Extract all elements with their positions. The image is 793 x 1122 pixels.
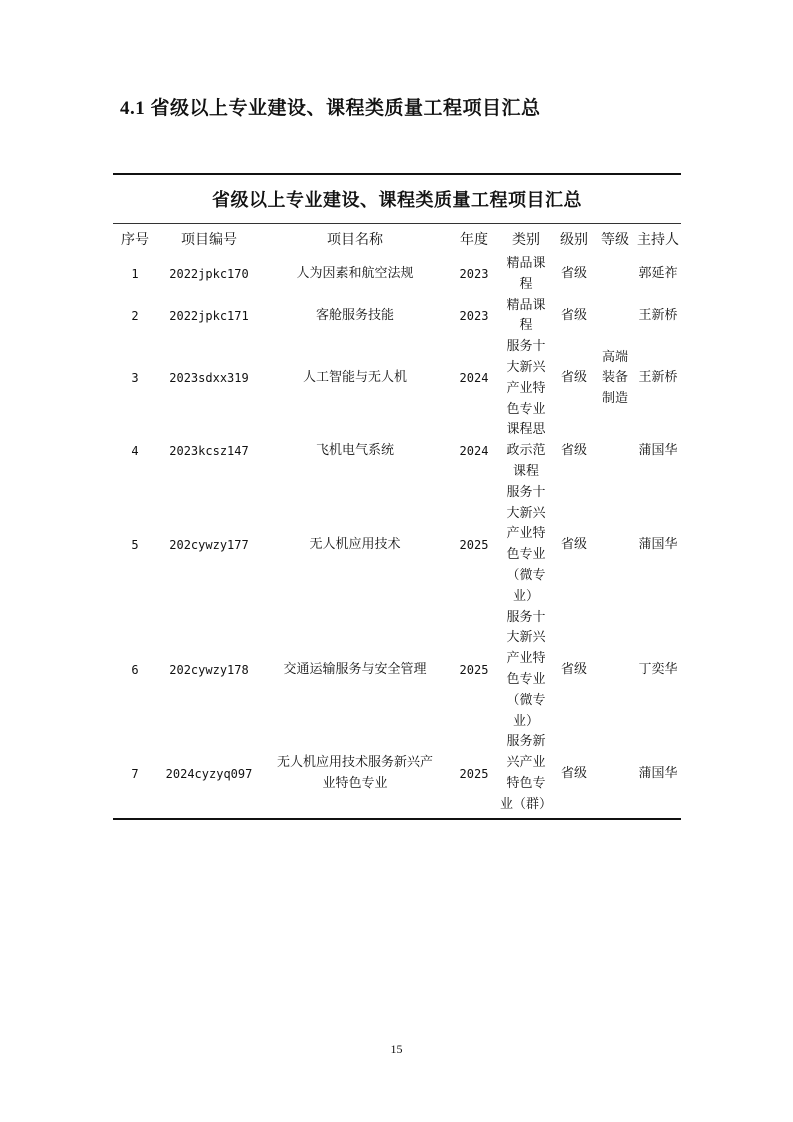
category-cell-line: 大新兴 bbox=[499, 358, 553, 379]
category-cell: 精品课程 bbox=[499, 254, 553, 296]
year-cell: 2024 bbox=[449, 420, 499, 482]
project-code-cell: 2022jpkc171 bbox=[157, 296, 261, 338]
category-cell-line: 程 bbox=[499, 275, 553, 296]
project-code-cell: 202cywzy177 bbox=[157, 483, 261, 608]
year-cell: 2024 bbox=[449, 337, 499, 420]
category-cell: 精品课程 bbox=[499, 296, 553, 338]
category-cell-line: 色专业 bbox=[499, 670, 553, 691]
level-cell: 省级 bbox=[553, 296, 595, 338]
column-header: 类别 bbox=[499, 224, 553, 254]
year-cell: 2025 bbox=[449, 732, 499, 815]
category-cell-line: 课程 bbox=[499, 462, 553, 483]
category-cell-line: 程 bbox=[499, 316, 553, 337]
category-cell-line: 服务新 bbox=[499, 732, 553, 753]
category-cell-line: 产业特 bbox=[499, 649, 553, 670]
category-cell-line: 色专业 bbox=[499, 400, 553, 421]
grade-cell bbox=[595, 483, 635, 608]
category-cell-line: 服务十 bbox=[499, 608, 553, 629]
project-code-cell: 2023kcsz147 bbox=[157, 420, 261, 482]
category-cell-line: 产业特 bbox=[499, 524, 553, 545]
table-row: 5202cywzy177无人机应用技术2025服务十大新兴产业特色专业（微专业）… bbox=[113, 483, 681, 608]
project-name-cell: 飞机电气系统 bbox=[261, 420, 449, 482]
category-cell: 服务十大新兴产业特色专业（微专业） bbox=[499, 608, 553, 733]
grade-cell bbox=[595, 608, 635, 733]
row-number-cell: 3 bbox=[113, 337, 157, 420]
category-cell-line: 精品课 bbox=[499, 296, 553, 317]
column-header: 主持人 bbox=[635, 224, 681, 254]
table-row: 22022jpkc171客舱服务技能2023精品课程省级王新桥 bbox=[113, 296, 681, 338]
project-name-cell-line: 人为因素和航空法规 bbox=[261, 264, 449, 285]
row-number-cell: 5 bbox=[113, 483, 157, 608]
column-header: 级别 bbox=[553, 224, 595, 254]
column-header: 等级 bbox=[595, 224, 635, 254]
year-cell: 2023 bbox=[449, 254, 499, 296]
project-name-cell-line: 交通运输服务与安全管理 bbox=[261, 660, 449, 681]
project-name-cell: 客舱服务技能 bbox=[261, 296, 449, 338]
year-cell: 2023 bbox=[449, 296, 499, 338]
column-header: 年度 bbox=[449, 224, 499, 254]
project-code-cell: 2024cyzyq097 bbox=[157, 732, 261, 815]
project-summary-table: 省级以上专业建设、课程类质量工程项目汇总 序号项目编号项目名称年度类别级别等级主… bbox=[113, 173, 681, 820]
row-number-cell: 2 bbox=[113, 296, 157, 338]
grade-cell bbox=[595, 296, 635, 338]
category-cell-line: 服务十 bbox=[499, 337, 553, 358]
category-cell-line: 业（群） bbox=[499, 795, 553, 816]
year-cell: 2025 bbox=[449, 608, 499, 733]
table-row: 72024cyzyq097无人机应用技术服务新兴产业特色专业2025服务新兴产业… bbox=[113, 732, 681, 815]
category-cell-line: 政示范 bbox=[499, 441, 553, 462]
level-cell: 省级 bbox=[553, 254, 595, 296]
table-bottom-rule bbox=[113, 818, 681, 820]
grade-cell-line: 制造 bbox=[595, 389, 635, 410]
grade-cell-line: 高端 bbox=[595, 348, 635, 369]
project-code-cell: 2022jpkc170 bbox=[157, 254, 261, 296]
grade-cell-line: 装备 bbox=[595, 368, 635, 389]
table-caption: 省级以上专业建设、课程类质量工程项目汇总 bbox=[113, 175, 681, 223]
project-code-cell: 202cywzy178 bbox=[157, 608, 261, 733]
header-row: 序号项目编号项目名称年度类别级别等级主持人 bbox=[113, 224, 681, 254]
project-name-cell: 无人机应用技术 bbox=[261, 483, 449, 608]
category-cell: 课程思政示范课程 bbox=[499, 420, 553, 482]
category-cell-line: （微专 bbox=[499, 691, 553, 712]
row-number-cell: 6 bbox=[113, 608, 157, 733]
category-cell-line: 精品课 bbox=[499, 254, 553, 275]
project-name-cell-line: 无人机应用技术服务新兴产 bbox=[261, 753, 449, 774]
level-cell: 省级 bbox=[553, 337, 595, 420]
category-cell-line: （微专 bbox=[499, 566, 553, 587]
column-header: 序号 bbox=[113, 224, 157, 254]
host-cell: 蒲国华 bbox=[635, 732, 681, 815]
level-cell: 省级 bbox=[553, 483, 595, 608]
category-cell-line: 产业特 bbox=[499, 379, 553, 400]
column-header: 项目名称 bbox=[261, 224, 449, 254]
level-cell: 省级 bbox=[553, 608, 595, 733]
level-cell: 省级 bbox=[553, 420, 595, 482]
category-cell-line: 色专业 bbox=[499, 545, 553, 566]
category-cell-line: 业） bbox=[499, 587, 553, 608]
category-cell: 服务十大新兴产业特色专业（微专业） bbox=[499, 483, 553, 608]
project-name-cell-line: 飞机电气系统 bbox=[261, 441, 449, 462]
project-code-cell: 2023sdxx319 bbox=[157, 337, 261, 420]
table-row: 32023sdxx319人工智能与无人机2024服务十大新兴产业特色专业省级高端… bbox=[113, 337, 681, 420]
grade-cell bbox=[595, 420, 635, 482]
data-table: 序号项目编号项目名称年度类别级别等级主持人 12022jpkc170人为因素和航… bbox=[113, 224, 681, 816]
page-number: 15 bbox=[0, 1042, 793, 1057]
row-number-cell: 4 bbox=[113, 420, 157, 482]
host-cell: 王新桥 bbox=[635, 337, 681, 420]
project-name-cell-line: 人工智能与无人机 bbox=[261, 368, 449, 389]
host-cell: 蒲国华 bbox=[635, 420, 681, 482]
year-cell: 2025 bbox=[449, 483, 499, 608]
category-cell: 服务新兴产业特色专业（群） bbox=[499, 732, 553, 815]
project-name-cell: 人工智能与无人机 bbox=[261, 337, 449, 420]
table-row: 42023kcsz147飞机电气系统2024课程思政示范课程省级蒲国华 bbox=[113, 420, 681, 482]
category-cell-line: 大新兴 bbox=[499, 504, 553, 525]
category-cell: 服务十大新兴产业特色专业 bbox=[499, 337, 553, 420]
host-cell: 王新桥 bbox=[635, 296, 681, 338]
section-heading: 4.1 省级以上专业建设、课程类质量工程项目汇总 bbox=[120, 93, 541, 120]
host-cell: 蒲国华 bbox=[635, 483, 681, 608]
level-cell: 省级 bbox=[553, 732, 595, 815]
grade-cell bbox=[595, 732, 635, 815]
host-cell: 丁奕华 bbox=[635, 608, 681, 733]
host-cell: 郭延祚 bbox=[635, 254, 681, 296]
category-cell-line: 课程思 bbox=[499, 420, 553, 441]
table-row: 6202cywzy178交通运输服务与安全管理2025服务十大新兴产业特色专业（… bbox=[113, 608, 681, 733]
category-cell-line: 大新兴 bbox=[499, 628, 553, 649]
project-name-cell-line: 无人机应用技术 bbox=[261, 535, 449, 556]
row-number-cell: 1 bbox=[113, 254, 157, 296]
table-body: 12022jpkc170人为因素和航空法规2023精品课程省级郭延祚22022j… bbox=[113, 254, 681, 816]
row-number-cell: 7 bbox=[113, 732, 157, 815]
category-cell-line: 服务十 bbox=[499, 483, 553, 504]
category-cell-line: 业） bbox=[499, 712, 553, 733]
project-name-cell: 交通运输服务与安全管理 bbox=[261, 608, 449, 733]
project-name-cell-line: 客舱服务技能 bbox=[261, 306, 449, 327]
category-cell-line: 特色专 bbox=[499, 774, 553, 795]
grade-cell bbox=[595, 254, 635, 296]
column-header: 项目编号 bbox=[157, 224, 261, 254]
project-name-cell: 无人机应用技术服务新兴产业特色专业 bbox=[261, 732, 449, 815]
category-cell-line: 兴产业 bbox=[499, 753, 553, 774]
project-name-cell-line: 业特色专业 bbox=[261, 774, 449, 795]
table-row: 12022jpkc170人为因素和航空法规2023精品课程省级郭延祚 bbox=[113, 254, 681, 296]
project-name-cell: 人为因素和航空法规 bbox=[261, 254, 449, 296]
grade-cell: 高端装备制造 bbox=[595, 337, 635, 420]
